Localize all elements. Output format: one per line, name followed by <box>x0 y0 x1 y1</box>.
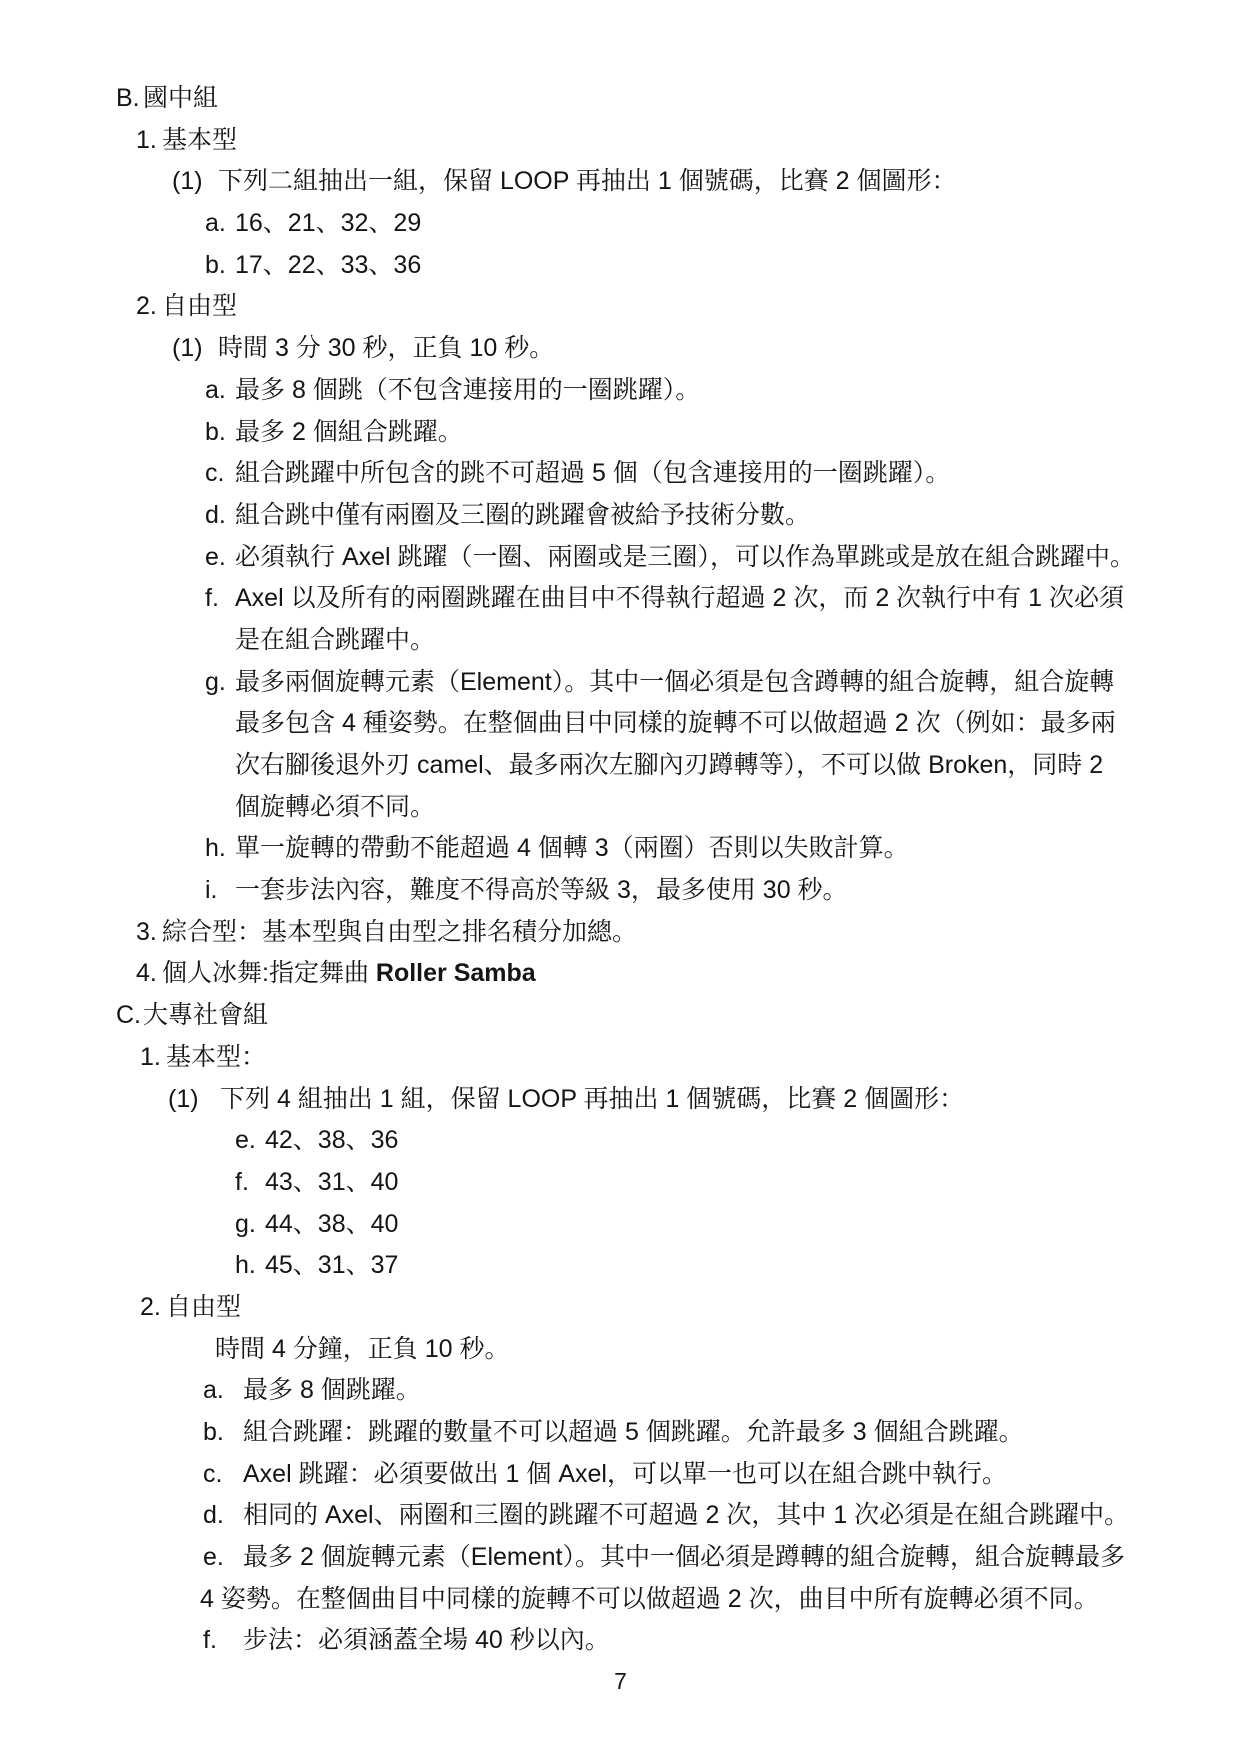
line-run: 17、22、33、36 <box>235 251 421 279</box>
line-marker: (1) <box>172 328 218 370</box>
line-text: 次右腳後退外刃 camel、最多兩次左腳內刃蹲轉等），不可以做 Broken，同… <box>235 745 1103 787</box>
document-line: 1.基本型： <box>0 1037 1241 1079</box>
line-marker: e. <box>203 1537 243 1579</box>
line-run: 綜合型：基本型與自由型之排名積分加總。 <box>162 918 637 946</box>
line-marker: b. <box>205 412 235 454</box>
line-text: 最多 2 個旋轉元素（Element）。其中一個必須是蹲轉的組合旋轉，組合旋轉最… <box>243 1537 1125 1579</box>
line-run: 最多 8 個跳躍。 <box>243 1376 421 1404</box>
line-text: 組合跳中僅有兩圈及三圈的跳躍會被給予技術分數。 <box>235 495 810 537</box>
line-run: 基本型： <box>166 1043 266 1071</box>
line-marker: f. <box>205 578 235 620</box>
document-line: c.Axel 跳躍：必須要做出 1 個 Axel，可以單一也可以在組合跳中執行。 <box>0 1454 1241 1496</box>
line-run: 個旋轉必須不同。 <box>235 793 435 821</box>
line-marker: g. <box>235 1204 265 1246</box>
line-text: 時間 4 分鐘，正負 10 秒。 <box>215 1329 510 1371</box>
line-text: 組合跳躍中所包含的跳不可超過 5 個（包含連接用的一圈跳躍）。 <box>235 453 950 495</box>
line-marker: b. <box>203 1412 243 1454</box>
line-marker: h. <box>235 1245 265 1287</box>
line-text: 17、22、33、36 <box>235 245 421 287</box>
line-text: 43、31、40 <box>265 1162 398 1204</box>
document-line: (1)時間 3 分 30 秒，正負 10 秒。 <box>0 328 1241 370</box>
line-text: 最多包含 4 種姿勢。在整個曲目中同樣的旋轉不可以做超過 2 次（例如：最多兩 <box>235 703 1116 745</box>
line-run: Axel 以及所有的兩圈跳躍在曲目中不得執行超過 2 次，而 2 次執行中有 1… <box>235 584 1124 612</box>
line-run: 時間 4 分鐘，正負 10 秒。 <box>215 1335 510 1363</box>
document-line: e.必須執行 Axel 跳躍（一圈、兩圈或是三圈），可以作為單跳或是放在組合跳躍… <box>0 537 1241 579</box>
line-run: 42、38、36 <box>265 1126 398 1154</box>
line-text: 是在組合跳躍中。 <box>235 620 435 662</box>
line-marker: 1. <box>136 120 162 162</box>
document-line: h.45、31、37 <box>0 1245 1241 1287</box>
line-marker: 3. <box>136 912 162 954</box>
line-marker: a. <box>203 1370 243 1412</box>
line-marker: d. <box>203 1495 243 1537</box>
document-line: B.國中組 <box>0 78 1241 120</box>
document-line: e.42、38、36 <box>0 1120 1241 1162</box>
document-line: f.步法：必須涵蓋全場 40 秒以內。 <box>0 1620 1241 1662</box>
line-run: 一套步法內容，難度不得高於等級 3，最多使用 30 秒。 <box>235 876 848 904</box>
line-text: Axel 以及所有的兩圈跳躍在曲目中不得執行超過 2 次，而 2 次執行中有 1… <box>235 578 1124 620</box>
line-text: 大專社會組 <box>143 995 268 1037</box>
line-marker: 1. <box>140 1037 166 1079</box>
line-run: 個人冰舞:指定舞曲 <box>162 959 376 987</box>
line-marker: f. <box>235 1162 265 1204</box>
document-line: b.最多 2 個組合跳躍。 <box>0 412 1241 454</box>
document-line: (1)下列二組抽出一組，保留 LOOP 再抽出 1 個號碼，比賽 2 個圖形： <box>0 161 1241 203</box>
line-run: 最多 2 個旋轉元素（Element）。其中一個必須是蹲轉的組合旋轉，組合旋轉最… <box>243 1543 1125 1571</box>
line-run: 是在組合跳躍中。 <box>235 626 435 654</box>
line-text: 自由型 <box>166 1287 241 1329</box>
document-line: 最多包含 4 種姿勢。在整個曲目中同樣的旋轉不可以做超過 2 次（例如：最多兩 <box>0 703 1241 745</box>
line-marker: g. <box>205 662 235 704</box>
line-marker: i. <box>205 870 235 912</box>
line-run: 組合跳中僅有兩圈及三圈的跳躍會被給予技術分數。 <box>235 501 810 529</box>
line-text: Axel 跳躍：必須要做出 1 個 Axel，可以單一也可以在組合跳中執行。 <box>243 1454 1007 1496</box>
line-run: Axel 跳躍：必須要做出 1 個 Axel，可以單一也可以在組合跳中執行。 <box>243 1460 1007 1488</box>
line-run: 相同的 Axel、兩圈和三圈的跳躍不可超過 2 次，其中 1 次必須是在組合跳躍… <box>243 1501 1129 1529</box>
document-line: C.大專社會組 <box>0 995 1241 1037</box>
line-marker: c. <box>203 1454 243 1496</box>
line-marker: e. <box>235 1120 265 1162</box>
document-line: c.組合跳躍中所包含的跳不可超過 5 個（包含連接用的一圈跳躍）。 <box>0 453 1241 495</box>
line-marker: C. <box>116 995 143 1037</box>
line-text: 最多 8 個跳（不包含連接用的一圈跳躍）。 <box>235 370 700 412</box>
document-line: 4.個人冰舞:指定舞曲 Roller Samba <box>0 953 1241 995</box>
line-marker: 2. <box>136 286 162 328</box>
line-marker: d. <box>205 495 235 537</box>
line-run: 國中組 <box>143 84 218 112</box>
line-marker: h. <box>205 828 235 870</box>
line-run: 次右腳後退外刃 camel、最多兩次左腳內刃蹲轉等），不可以做 Broken，同… <box>235 751 1103 779</box>
document-line: a.最多 8 個跳（不包含連接用的一圈跳躍）。 <box>0 370 1241 412</box>
document-line: b.17、22、33、36 <box>0 245 1241 287</box>
line-marker: a. <box>205 203 235 245</box>
line-text: 個人冰舞:指定舞曲 Roller Samba <box>162 953 536 995</box>
line-run: 必須執行 Axel 跳躍（一圈、兩圈或是三圈），可以作為單跳或是放在組合跳躍中。 <box>235 543 1135 571</box>
line-text: 44、38、40 <box>265 1204 398 1246</box>
document-line: 2.自由型 <box>0 286 1241 328</box>
line-text: 必須執行 Axel 跳躍（一圈、兩圈或是三圈），可以作為單跳或是放在組合跳躍中。 <box>235 537 1135 579</box>
line-marker: B. <box>116 78 143 120</box>
line-marker: (1) <box>168 1079 220 1121</box>
line-text: 45、31、37 <box>265 1245 398 1287</box>
document-line: g.44、38、40 <box>0 1204 1241 1246</box>
document-line: b.組合跳躍：跳躍的數量不可以超過 5 個跳躍。允許最多 3 個組合跳躍。 <box>0 1412 1241 1454</box>
line-run: 45、31、37 <box>265 1251 398 1279</box>
document-line: f.Axel 以及所有的兩圈跳躍在曲目中不得執行超過 2 次，而 2 次執行中有… <box>0 578 1241 620</box>
line-text: 組合跳躍：跳躍的數量不可以超過 5 個跳躍。允許最多 3 個組合跳躍。 <box>243 1412 1024 1454</box>
line-marker: (1) <box>172 161 218 203</box>
document-line: 4 姿勢。在整個曲目中同樣的旋轉不可以做超過 2 次，曲目中所有旋轉必須不同。 <box>0 1579 1241 1621</box>
line-text: 相同的 Axel、兩圈和三圈的跳躍不可超過 2 次，其中 1 次必須是在組合跳躍… <box>243 1495 1129 1537</box>
line-marker: 2. <box>140 1287 166 1329</box>
document-line: 3.綜合型：基本型與自由型之排名積分加總。 <box>0 912 1241 954</box>
line-text: 最多 2 個組合跳躍。 <box>235 412 463 454</box>
document-line: 個旋轉必須不同。 <box>0 787 1241 829</box>
line-text: 16、21、32、29 <box>235 203 421 245</box>
line-text: 最多 8 個跳躍。 <box>243 1370 421 1412</box>
page-number: 7 <box>0 1668 1241 1695</box>
line-run: 自由型 <box>162 292 237 320</box>
document-line: a.16、21、32、29 <box>0 203 1241 245</box>
line-run: 自由型 <box>166 1293 241 1321</box>
line-marker: f. <box>203 1620 243 1662</box>
document-line: h.單一旋轉的帶動不能超過 4 個轉 3（兩圈）否則以失敗計算。 <box>0 828 1241 870</box>
line-text: 基本型 <box>162 120 237 162</box>
document-line: d.組合跳中僅有兩圈及三圈的跳躍會被給予技術分數。 <box>0 495 1241 537</box>
line-text: 基本型： <box>166 1037 266 1079</box>
line-text: 一套步法內容，難度不得高於等級 3，最多使用 30 秒。 <box>235 870 848 912</box>
line-run: 單一旋轉的帶動不能超過 4 個轉 3（兩圈）否則以失敗計算。 <box>235 834 909 862</box>
document-line: 2.自由型 <box>0 1287 1241 1329</box>
line-text: 步法：必須涵蓋全場 40 秒以內。 <box>243 1620 610 1662</box>
line-text: 國中組 <box>143 78 218 120</box>
document-line: 時間 4 分鐘，正負 10 秒。 <box>0 1329 1241 1371</box>
line-run: 大專社會組 <box>143 1001 268 1029</box>
line-run: 組合跳躍中所包含的跳不可超過 5 個（包含連接用的一圈跳躍）。 <box>235 459 950 487</box>
line-text: 綜合型：基本型與自由型之排名積分加總。 <box>162 912 637 954</box>
document-line: d.相同的 Axel、兩圈和三圈的跳躍不可超過 2 次，其中 1 次必須是在組合… <box>0 1495 1241 1537</box>
line-marker: e. <box>205 537 235 579</box>
line-text: 最多兩個旋轉元素（Element）。其中一個必須是包含蹲轉的組合旋轉，組合旋轉 <box>235 662 1114 704</box>
line-text: 4 姿勢。在整個曲目中同樣的旋轉不可以做超過 2 次，曲目中所有旋轉必須不同。 <box>200 1579 1099 1621</box>
document-line: 次右腳後退外刃 camel、最多兩次左腳內刃蹲轉等），不可以做 Broken，同… <box>0 745 1241 787</box>
document-page: B.國中組1.基本型(1)下列二組抽出一組，保留 LOOP 再抽出 1 個號碼，… <box>0 0 1241 1755</box>
line-run: 下列二組抽出一組，保留 LOOP 再抽出 1 個號碼，比賽 2 個圖形： <box>218 167 957 195</box>
line-text: 單一旋轉的帶動不能超過 4 個轉 3（兩圈）否則以失敗計算。 <box>235 828 909 870</box>
line-run: 基本型 <box>162 126 237 154</box>
document-body: B.國中組1.基本型(1)下列二組抽出一組，保留 LOOP 再抽出 1 個號碼，… <box>0 0 1241 1662</box>
line-text: 個旋轉必須不同。 <box>235 787 435 829</box>
document-line: i.一套步法內容，難度不得高於等級 3，最多使用 30 秒。 <box>0 870 1241 912</box>
line-text: 42、38、36 <box>265 1120 398 1162</box>
document-line: 是在組合跳躍中。 <box>0 620 1241 662</box>
line-run: 最多包含 4 種姿勢。在整個曲目中同樣的旋轉不可以做超過 2 次（例如：最多兩 <box>235 709 1116 737</box>
line-run: 最多 8 個跳（不包含連接用的一圈跳躍）。 <box>235 376 700 404</box>
document-line: (1)下列 4 組抽出 1 組，保留 LOOP 再抽出 1 個號碼，比賽 2 個… <box>0 1079 1241 1121</box>
document-line: 1.基本型 <box>0 120 1241 162</box>
line-run: 16、21、32、29 <box>235 209 421 237</box>
document-line: f.43、31、40 <box>0 1162 1241 1204</box>
line-run: 下列 4 組抽出 1 組，保留 LOOP 再抽出 1 個號碼，比賽 2 個圖形： <box>220 1085 964 1113</box>
document-line: g.最多兩個旋轉元素（Element）。其中一個必須是包含蹲轉的組合旋轉，組合旋… <box>0 662 1241 704</box>
line-run: 時間 3 分 30 秒，正負 10 秒。 <box>218 334 554 362</box>
line-run: 4 姿勢。在整個曲目中同樣的旋轉不可以做超過 2 次，曲目中所有旋轉必須不同。 <box>200 1585 1099 1613</box>
document-line: a.最多 8 個跳躍。 <box>0 1370 1241 1412</box>
line-run: 最多 2 個組合跳躍。 <box>235 418 463 446</box>
line-run: 組合跳躍：跳躍的數量不可以超過 5 個跳躍。允許最多 3 個組合跳躍。 <box>243 1418 1024 1446</box>
line-marker: c. <box>205 453 235 495</box>
line-marker: 4. <box>136 953 162 995</box>
line-run: 43、31、40 <box>265 1168 398 1196</box>
line-text: 下列 4 組抽出 1 組，保留 LOOP 再抽出 1 個號碼，比賽 2 個圖形： <box>220 1079 964 1121</box>
line-marker: b. <box>205 245 235 287</box>
line-marker: a. <box>205 370 235 412</box>
line-run-bold: Roller Samba <box>376 959 536 987</box>
line-text: 自由型 <box>162 286 237 328</box>
line-text: 時間 3 分 30 秒，正負 10 秒。 <box>218 328 554 370</box>
line-text: 下列二組抽出一組，保留 LOOP 再抽出 1 個號碼，比賽 2 個圖形： <box>218 161 957 203</box>
document-line: e.最多 2 個旋轉元素（Element）。其中一個必須是蹲轉的組合旋轉，組合旋… <box>0 1537 1241 1579</box>
line-run: 44、38、40 <box>265 1210 398 1238</box>
line-run: 步法：必須涵蓋全場 40 秒以內。 <box>243 1626 610 1654</box>
line-run: 最多兩個旋轉元素（Element）。其中一個必須是包含蹲轉的組合旋轉，組合旋轉 <box>235 668 1114 696</box>
